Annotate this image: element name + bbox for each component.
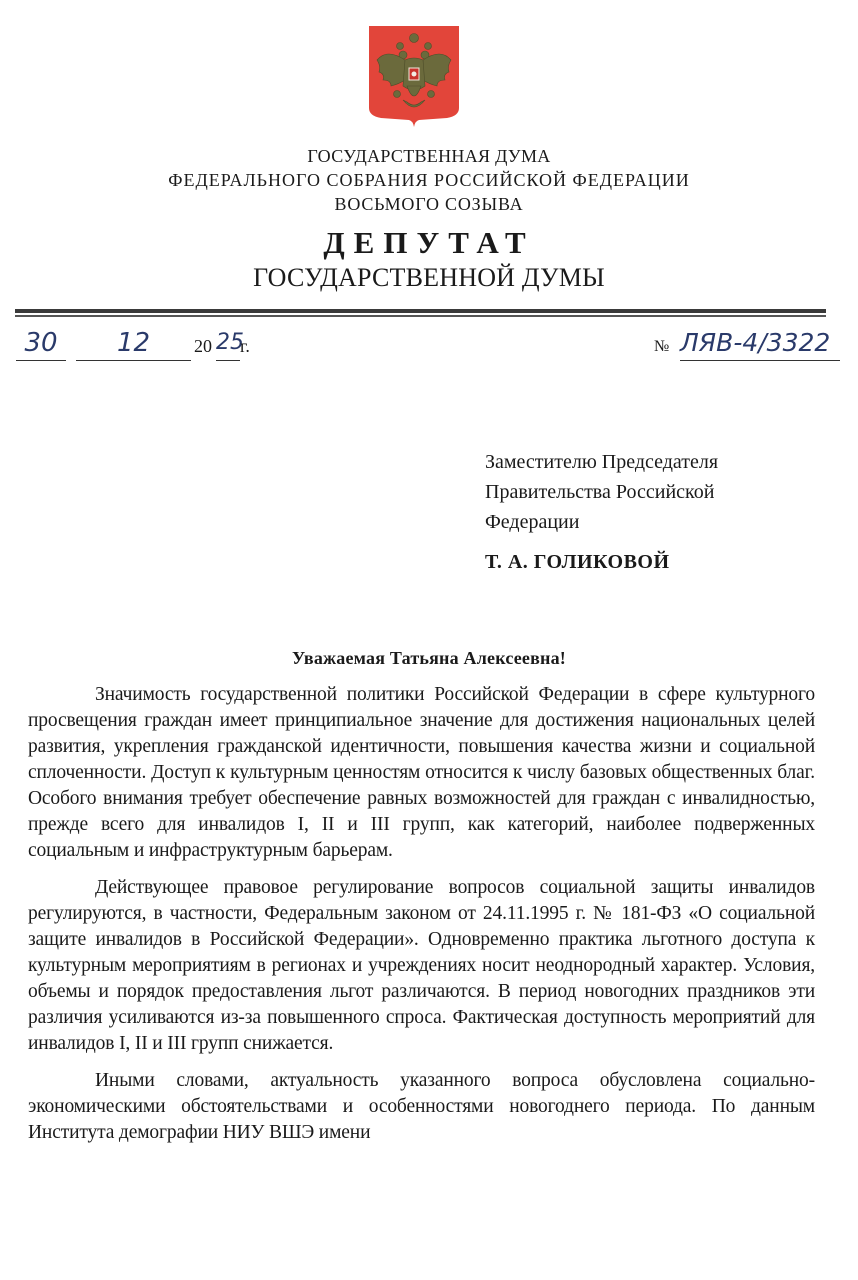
date-year-unit: г. (240, 336, 250, 357)
number-value: ЛЯВ-4/3322 (680, 326, 840, 361)
date-year-prefix: 20 (194, 336, 212, 357)
addressee-block: Заместителю Председателя Правительства Р… (485, 447, 718, 537)
org-name-line-3: ВОСЬМОГО СОЗЫВА (0, 194, 858, 215)
body-paragraph: Значимость государственной политики Росс… (28, 682, 815, 864)
date-month: 12 (76, 326, 191, 361)
date-year-suffix: 25 (216, 326, 240, 361)
org-name-line-2: ФЕДЕРАЛЬНОГО СОБРАНИЯ РОССИЙСКОЙ ФЕДЕРАЦ… (0, 170, 858, 191)
letterhead-title: ДЕПУТАТ (0, 225, 858, 261)
body-paragraph: Иными словами, актуальность указанного в… (28, 1068, 815, 1146)
addressee-name: Т. А. ГОЛИКОВОЙ (485, 551, 670, 574)
header-divider-thick (15, 309, 826, 313)
body-paragraph: Действующее правовое регулирование вопро… (28, 875, 815, 1057)
org-name-line-1: ГОСУДАРСТВЕННАЯ ДУМА (0, 146, 858, 167)
coat-of-arms-icon (367, 24, 461, 128)
addressee-line: Правительства Российской (485, 477, 718, 507)
header-divider-thin (15, 315, 826, 317)
number-sign: № (654, 338, 669, 356)
salutation: Уважаемая Татьяна Алексеевна! (0, 648, 858, 669)
letter-body: Значимость государственной политики Росс… (28, 682, 815, 1157)
letterhead-subtitle: ГОСУДАРСТВЕННОЙ ДУМЫ (0, 263, 858, 293)
addressee-line: Федерации (485, 507, 718, 537)
date-day: 30 (16, 326, 66, 361)
addressee-line: Заместителю Председателя (485, 447, 718, 477)
